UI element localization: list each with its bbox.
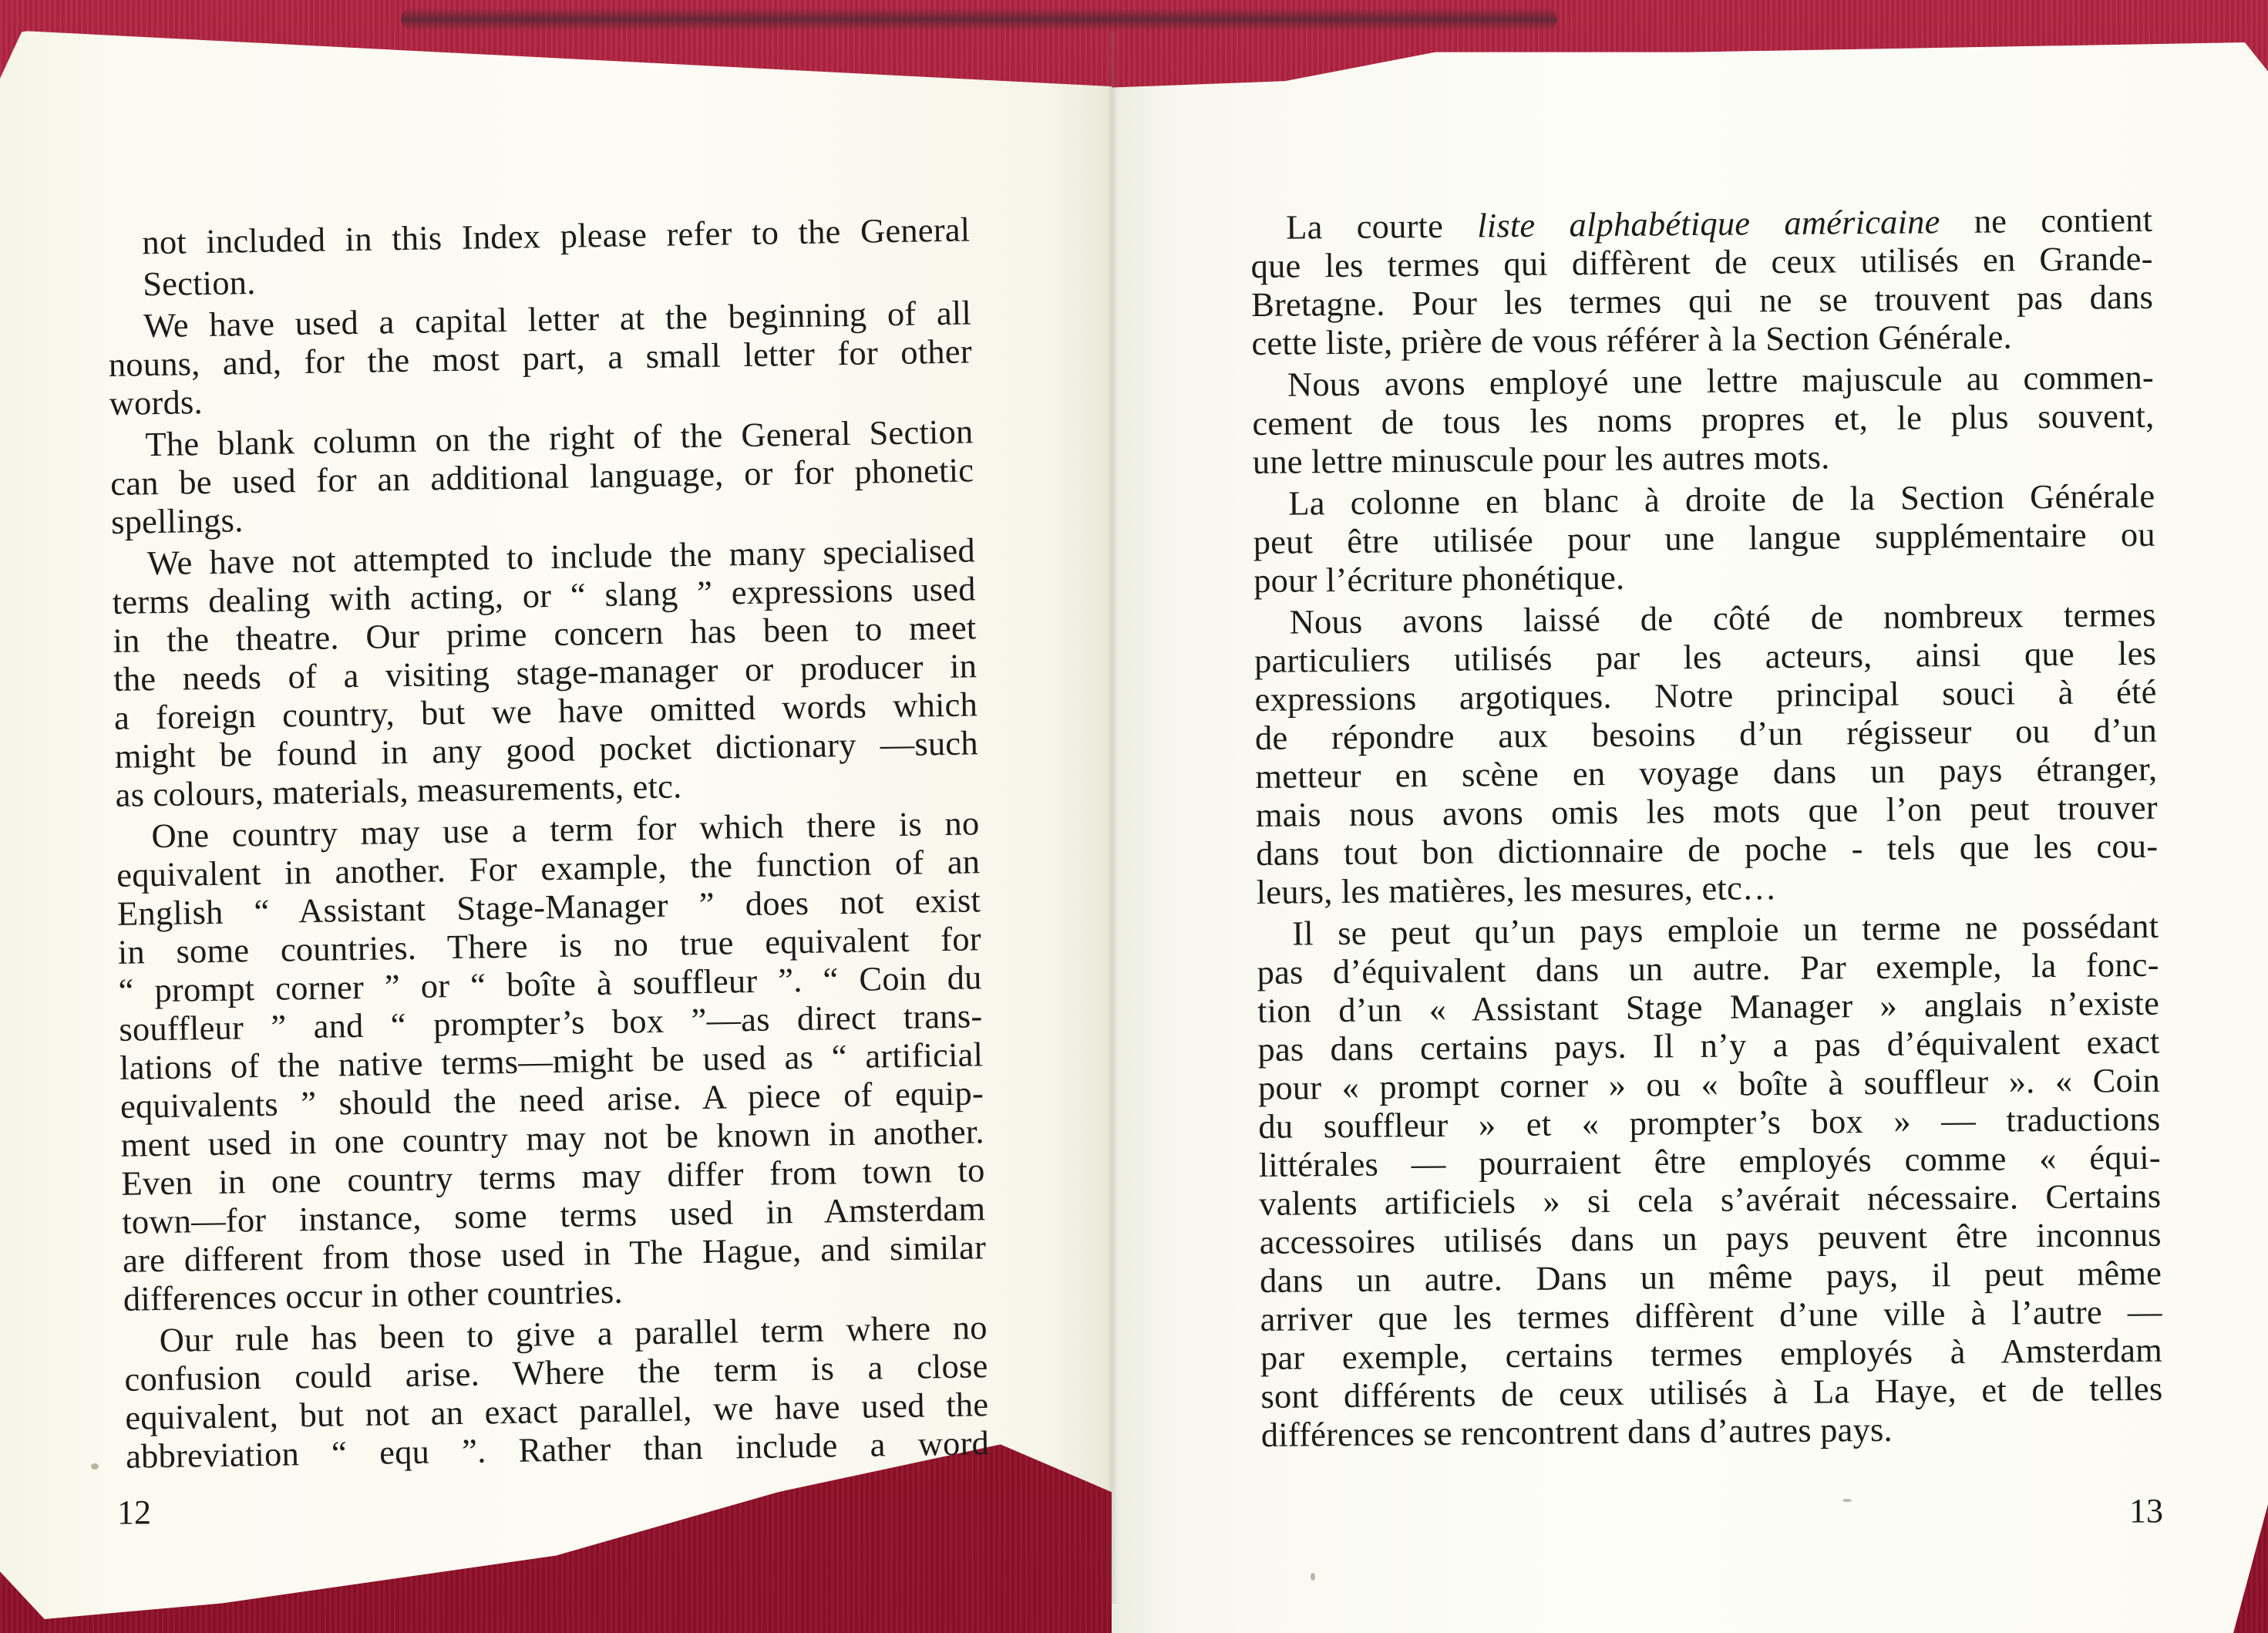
- first-line-before: La courte: [1286, 206, 1477, 246]
- text-line: sont différents de ceux utilisés à La Ha…: [1260, 1369, 2162, 1416]
- left-page-text: not included in this Index please refer …: [106, 210, 989, 1475]
- first-line-after: ne contient: [1940, 200, 2152, 241]
- paper-speck: [91, 1463, 99, 1470]
- paper-speck: [1842, 1499, 1852, 1502]
- right-page-lines: que les termes qui diffèrent de ceux uti…: [1250, 239, 2163, 1454]
- text-line: Bretagne. Pour les termes qui ne se trou…: [1251, 278, 2153, 324]
- cover-top-edge-shadow: [401, 8, 1557, 31]
- first-line-italic: liste alphabétique américaine: [1477, 202, 1940, 244]
- paper-speck: [1311, 1573, 1315, 1581]
- page-number-left: 12: [117, 1493, 151, 1532]
- text-line: peut être utilisée pour une langue suppl…: [1253, 515, 2155, 561]
- page-number-right: 13: [2129, 1491, 2163, 1530]
- right-page-text: La courte liste alphabétique américaine …: [1250, 200, 2163, 1454]
- book-gutter: [1107, 31, 1118, 1604]
- text-line: différences se rencontrent dans d’autres…: [1261, 1408, 2163, 1454]
- text-line: cement de tous les noms propres et, le p…: [1252, 396, 2154, 443]
- text-line: dans tout bon dictionnaire de poche - te…: [1256, 827, 2158, 873]
